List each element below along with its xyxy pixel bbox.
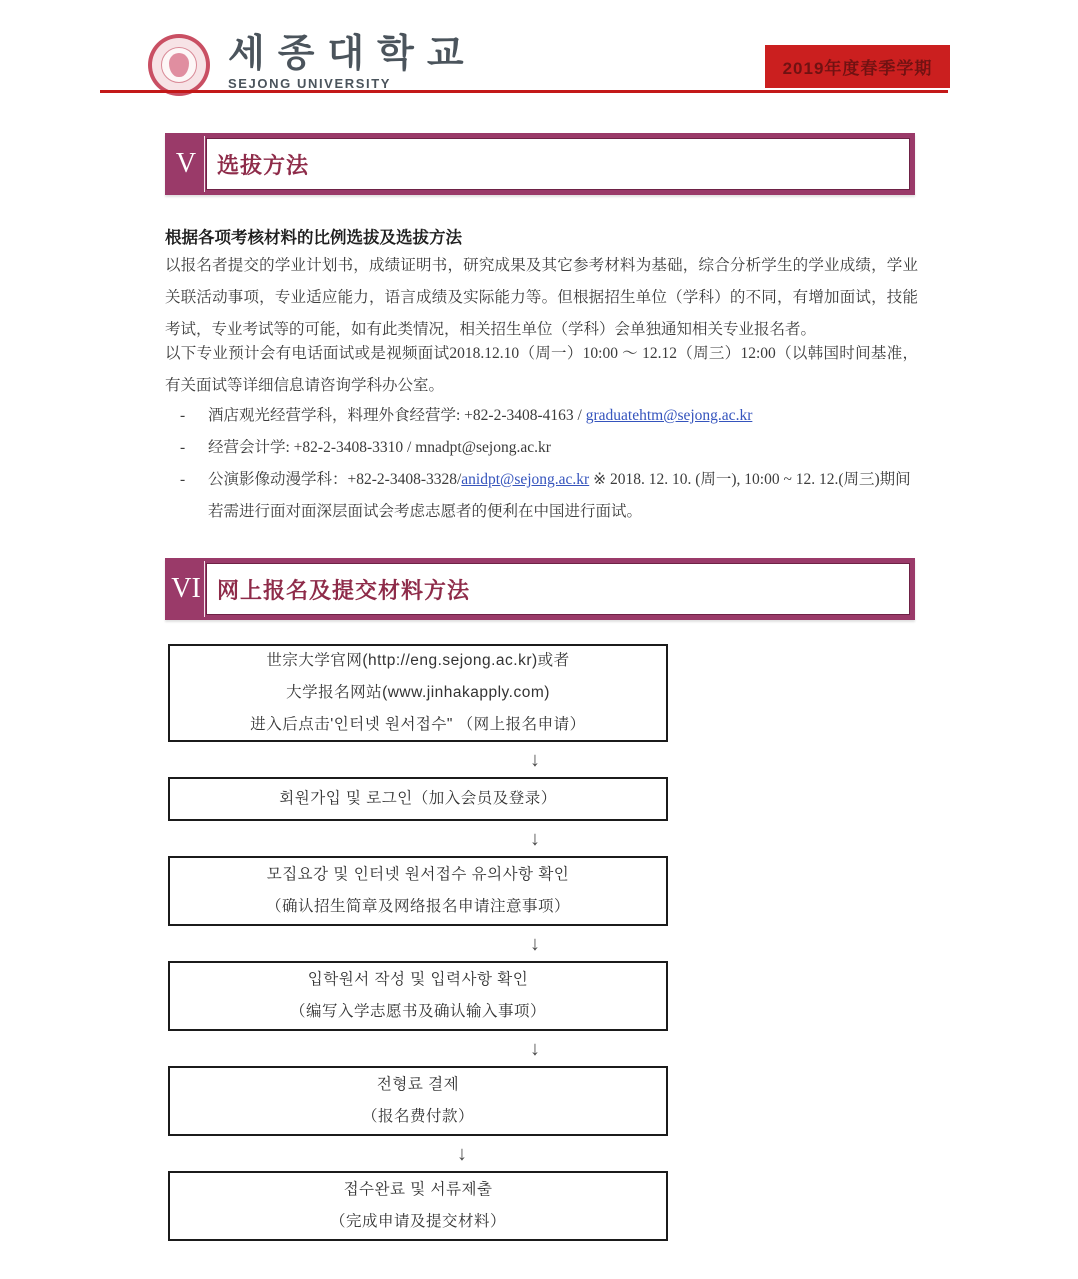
list-item-accounting: - 经营会计学: +82-2-3408-3310 / mnadpt@sejong… bbox=[180, 432, 918, 464]
flow-step-line: 전형료 결제 bbox=[377, 1069, 459, 1101]
flow-step-line: 회원가입 및 로그인（加入会员及登录） bbox=[279, 783, 556, 815]
bullet-text: 酒店观光经营学科，料理外食经营学: +82-2-3408-4163 / bbox=[208, 407, 586, 424]
list-item-animation: - 公演影像动漫学科：+82-2-3408-3328/anidpt@sejong… bbox=[180, 464, 918, 528]
university-seal-icon bbox=[148, 34, 210, 96]
section-v-header: V 选拔方法 bbox=[165, 133, 915, 195]
section-vi-titlebox: 网上报名及提交材料方法 bbox=[206, 563, 910, 615]
flow-step-line: 世宗大学官网(http://eng.sejong.ac.kr)或者 bbox=[266, 645, 569, 677]
flow-arrow: ↓ bbox=[168, 1031, 668, 1066]
flow-step-line: 접수완료 및 서류제출 bbox=[344, 1174, 493, 1206]
email-link-graduatehtm[interactable]: graduatehtm@sejong.ac.kr bbox=[586, 407, 753, 424]
header-divider-rule bbox=[100, 90, 948, 93]
down-arrow-icon: ↓ bbox=[457, 1144, 467, 1164]
selection-method-subtitle: 根据各项考核材料的比例选拔及选拔方法 bbox=[165, 224, 917, 248]
flow-step-website: 世宗大学官网(http://eng.sejong.ac.kr)或者 大学报名网站… bbox=[168, 644, 668, 742]
section-v-numeral: V bbox=[168, 136, 205, 192]
flow-step-line: 大学报名网站(www.jinhakapply.com) bbox=[286, 677, 550, 709]
flow-arrow: ↓ bbox=[168, 821, 668, 856]
flow-arrow: ↓ bbox=[168, 1136, 668, 1171]
semester-badge: 2019年度春季学期 bbox=[765, 45, 950, 88]
flow-step-check-guidelines: 모집요강 및 인터넷 원서접수 유의사항 확인 （确认招生简章及网络报名申请注意… bbox=[168, 856, 668, 926]
interview-contact-list: - 酒店观光经营学科，料理外食经营学: +82-2-3408-4163 / gr… bbox=[180, 400, 918, 528]
flow-step-fill-application: 입학원서 작성 및 입력사항 확인 （编写入学志愿书及确认输入事项） bbox=[168, 961, 668, 1031]
selection-paragraph-2: 以下专业预计会有电话面试或是视频面试2018.12.10（周一）10:00 ～ … bbox=[165, 338, 918, 402]
application-flowchart: 世宗大学官网(http://eng.sejong.ac.kr)或者 大学报名网站… bbox=[168, 644, 668, 1241]
down-arrow-icon: ↓ bbox=[530, 750, 540, 770]
section-vi-numeral: VI bbox=[168, 561, 205, 617]
university-name-english: SEJONG UNIVERSITY bbox=[228, 76, 477, 91]
section-v-title: 选拔方法 bbox=[217, 149, 309, 180]
section-v-titlebox: 选拔方法 bbox=[206, 138, 910, 190]
flow-arrow: ↓ bbox=[168, 926, 668, 961]
university-name-korean: 세종대학교 bbox=[228, 34, 477, 74]
flow-step-line: 进入后点击'인터넷 원서접수" （网上报名申请） bbox=[250, 709, 585, 741]
down-arrow-icon: ↓ bbox=[530, 934, 540, 954]
section-vi-title: 网上报名及提交材料方法 bbox=[217, 574, 470, 605]
flow-step-signup-login: 회원가입 및 로그인（加入会员及登录） bbox=[168, 777, 668, 821]
email-link-anidpt[interactable]: anidpt@sejong.ac.kr bbox=[461, 471, 589, 488]
flow-step-line: （编写入学志愿书及确认输入事项） bbox=[290, 996, 546, 1028]
bullet-dash: - bbox=[180, 464, 208, 528]
flow-step-line: （确认招生简章及网络报名申请注意事项） bbox=[266, 891, 570, 923]
bullet-text: 公演影像动漫学科：+82-2-3408-3328/ bbox=[208, 471, 461, 488]
down-arrow-icon: ↓ bbox=[530, 829, 540, 849]
bullet-text: 经营会计学: +82-2-3408-3310 / mnadpt@sejong.a… bbox=[208, 439, 551, 456]
header-logo: 세종대학교 SEJONG UNIVERSITY bbox=[148, 34, 477, 96]
bullet-dash: - bbox=[180, 432, 208, 464]
flow-step-line: 입학원서 작성 및 입력사항 확인 bbox=[308, 964, 528, 996]
bullet-dash: - bbox=[180, 400, 208, 432]
logo-text-block: 세종대학교 SEJONG UNIVERSITY bbox=[228, 34, 477, 91]
flow-step-line: （完成申请及提交材料） bbox=[330, 1206, 506, 1238]
flow-step-line: （报名费付款） bbox=[362, 1101, 474, 1133]
selection-paragraph-1: 以报名者提交的学业计划书，成绩证明书，研究成果及其它参考材料为基础，综合分析学生… bbox=[165, 250, 918, 346]
list-item-hotel-tourism: - 酒店观光经营学科，料理外食经营学: +82-2-3408-4163 / gr… bbox=[180, 400, 918, 432]
flow-step-submit-documents: 접수완료 및 서류제출 （完成申请及提交材料） bbox=[168, 1171, 668, 1241]
section-vi-header: VI 网上报名及提交材料方法 bbox=[165, 558, 915, 620]
flow-arrow: ↓ bbox=[168, 742, 668, 777]
flow-step-line: 모집요강 및 인터넷 원서접수 유의사항 확인 bbox=[267, 859, 570, 891]
flow-step-pay-fee: 전형료 결제 （报名费付款） bbox=[168, 1066, 668, 1136]
down-arrow-icon: ↓ bbox=[530, 1039, 540, 1059]
